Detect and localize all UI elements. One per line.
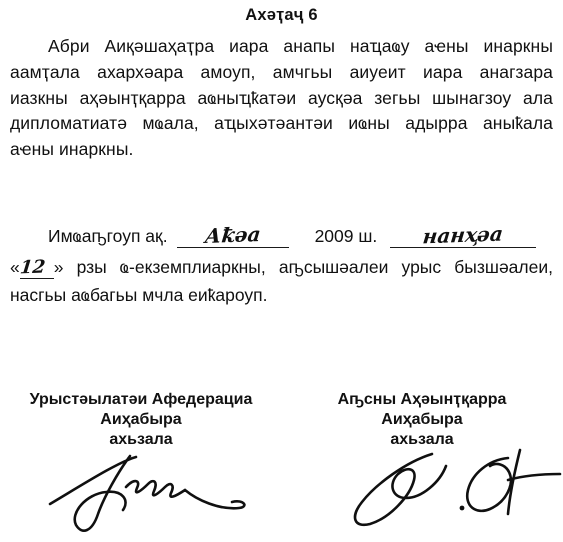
article-line: дипломатиатә мҩала, аҵыхәтәантәи иҩны ад… <box>10 111 553 137</box>
article-line: Абри Аиқәшаҳаҭра иара анапы наҵаҩу аҽны … <box>10 34 553 60</box>
city-blank: Аҟәа <box>177 225 289 248</box>
execution-line2-text: рзы ҩ-екземплиаркны, аҧсышәалеи урыс быз… <box>63 257 553 277</box>
article-line: аҽны инаркны. <box>10 137 553 163</box>
right-signature-image <box>310 440 563 532</box>
article-body: Абри Аиқәшаҳаҭра иара анапы наҵаҩу аҽны … <box>10 34 553 163</box>
document-page: Ахәҭаҷ 6 Абри Аиқәшаҳаҭра иара анапы наҵ… <box>0 0 563 542</box>
signatures-row <box>10 450 553 542</box>
signatory-right-line: Аиҳабыра <box>291 410 553 430</box>
year-label: 2009 ш. <box>315 226 378 246</box>
execution-line3-text: насгьы аҩбагьы мчла еиҟароуп. <box>10 285 553 306</box>
close-quote: » <box>54 257 64 277</box>
month-blank: нанҳәа <box>390 225 536 248</box>
signatory-left-line: Урыстәылатәи Афедерациа <box>10 390 272 410</box>
signatory-right-line: Аҧсны Аҳәынҭқарра <box>291 390 553 410</box>
execution-block: Имҩаҧгоуп ақ.Аҟәа2009 ш.нанҳәа «12» рзы … <box>10 225 553 306</box>
open-quote: « <box>10 257 20 277</box>
month-handwritten-text: нанҳәа <box>422 224 504 248</box>
article-title: Ахәҭаҷ 6 <box>10 6 553 25</box>
done-at-label: Имҩаҧгоуп ақ. <box>48 226 168 246</box>
day-blank: 12 <box>20 257 54 279</box>
city-handwritten-text: Аҟәа <box>204 224 262 247</box>
signatory-left: Урыстәылатәи Афедерациа Аиҳабыра ахьзала <box>10 390 272 450</box>
left-signature-image <box>38 452 266 534</box>
execution-place-date-line: Имҩаҧгоуп ақ.Аҟәа2009 ш.нанҳәа <box>10 225 553 248</box>
signatory-left-line: ахьзала <box>10 430 272 450</box>
execution-day-line: «12» рзы ҩ-екземплиаркны, аҧсышәалеи уры… <box>10 257 553 279</box>
signatory-left-line: Аиҳабыра <box>10 410 272 430</box>
article-line: иазкны аҳәынҭқарра аҩныҵҟатәи аусқәа зег… <box>10 86 553 112</box>
article-line: аамҭала ахархәара амоуп, амчгьы аиуеит и… <box>10 60 553 86</box>
day-handwritten-text: 12 <box>19 259 46 279</box>
